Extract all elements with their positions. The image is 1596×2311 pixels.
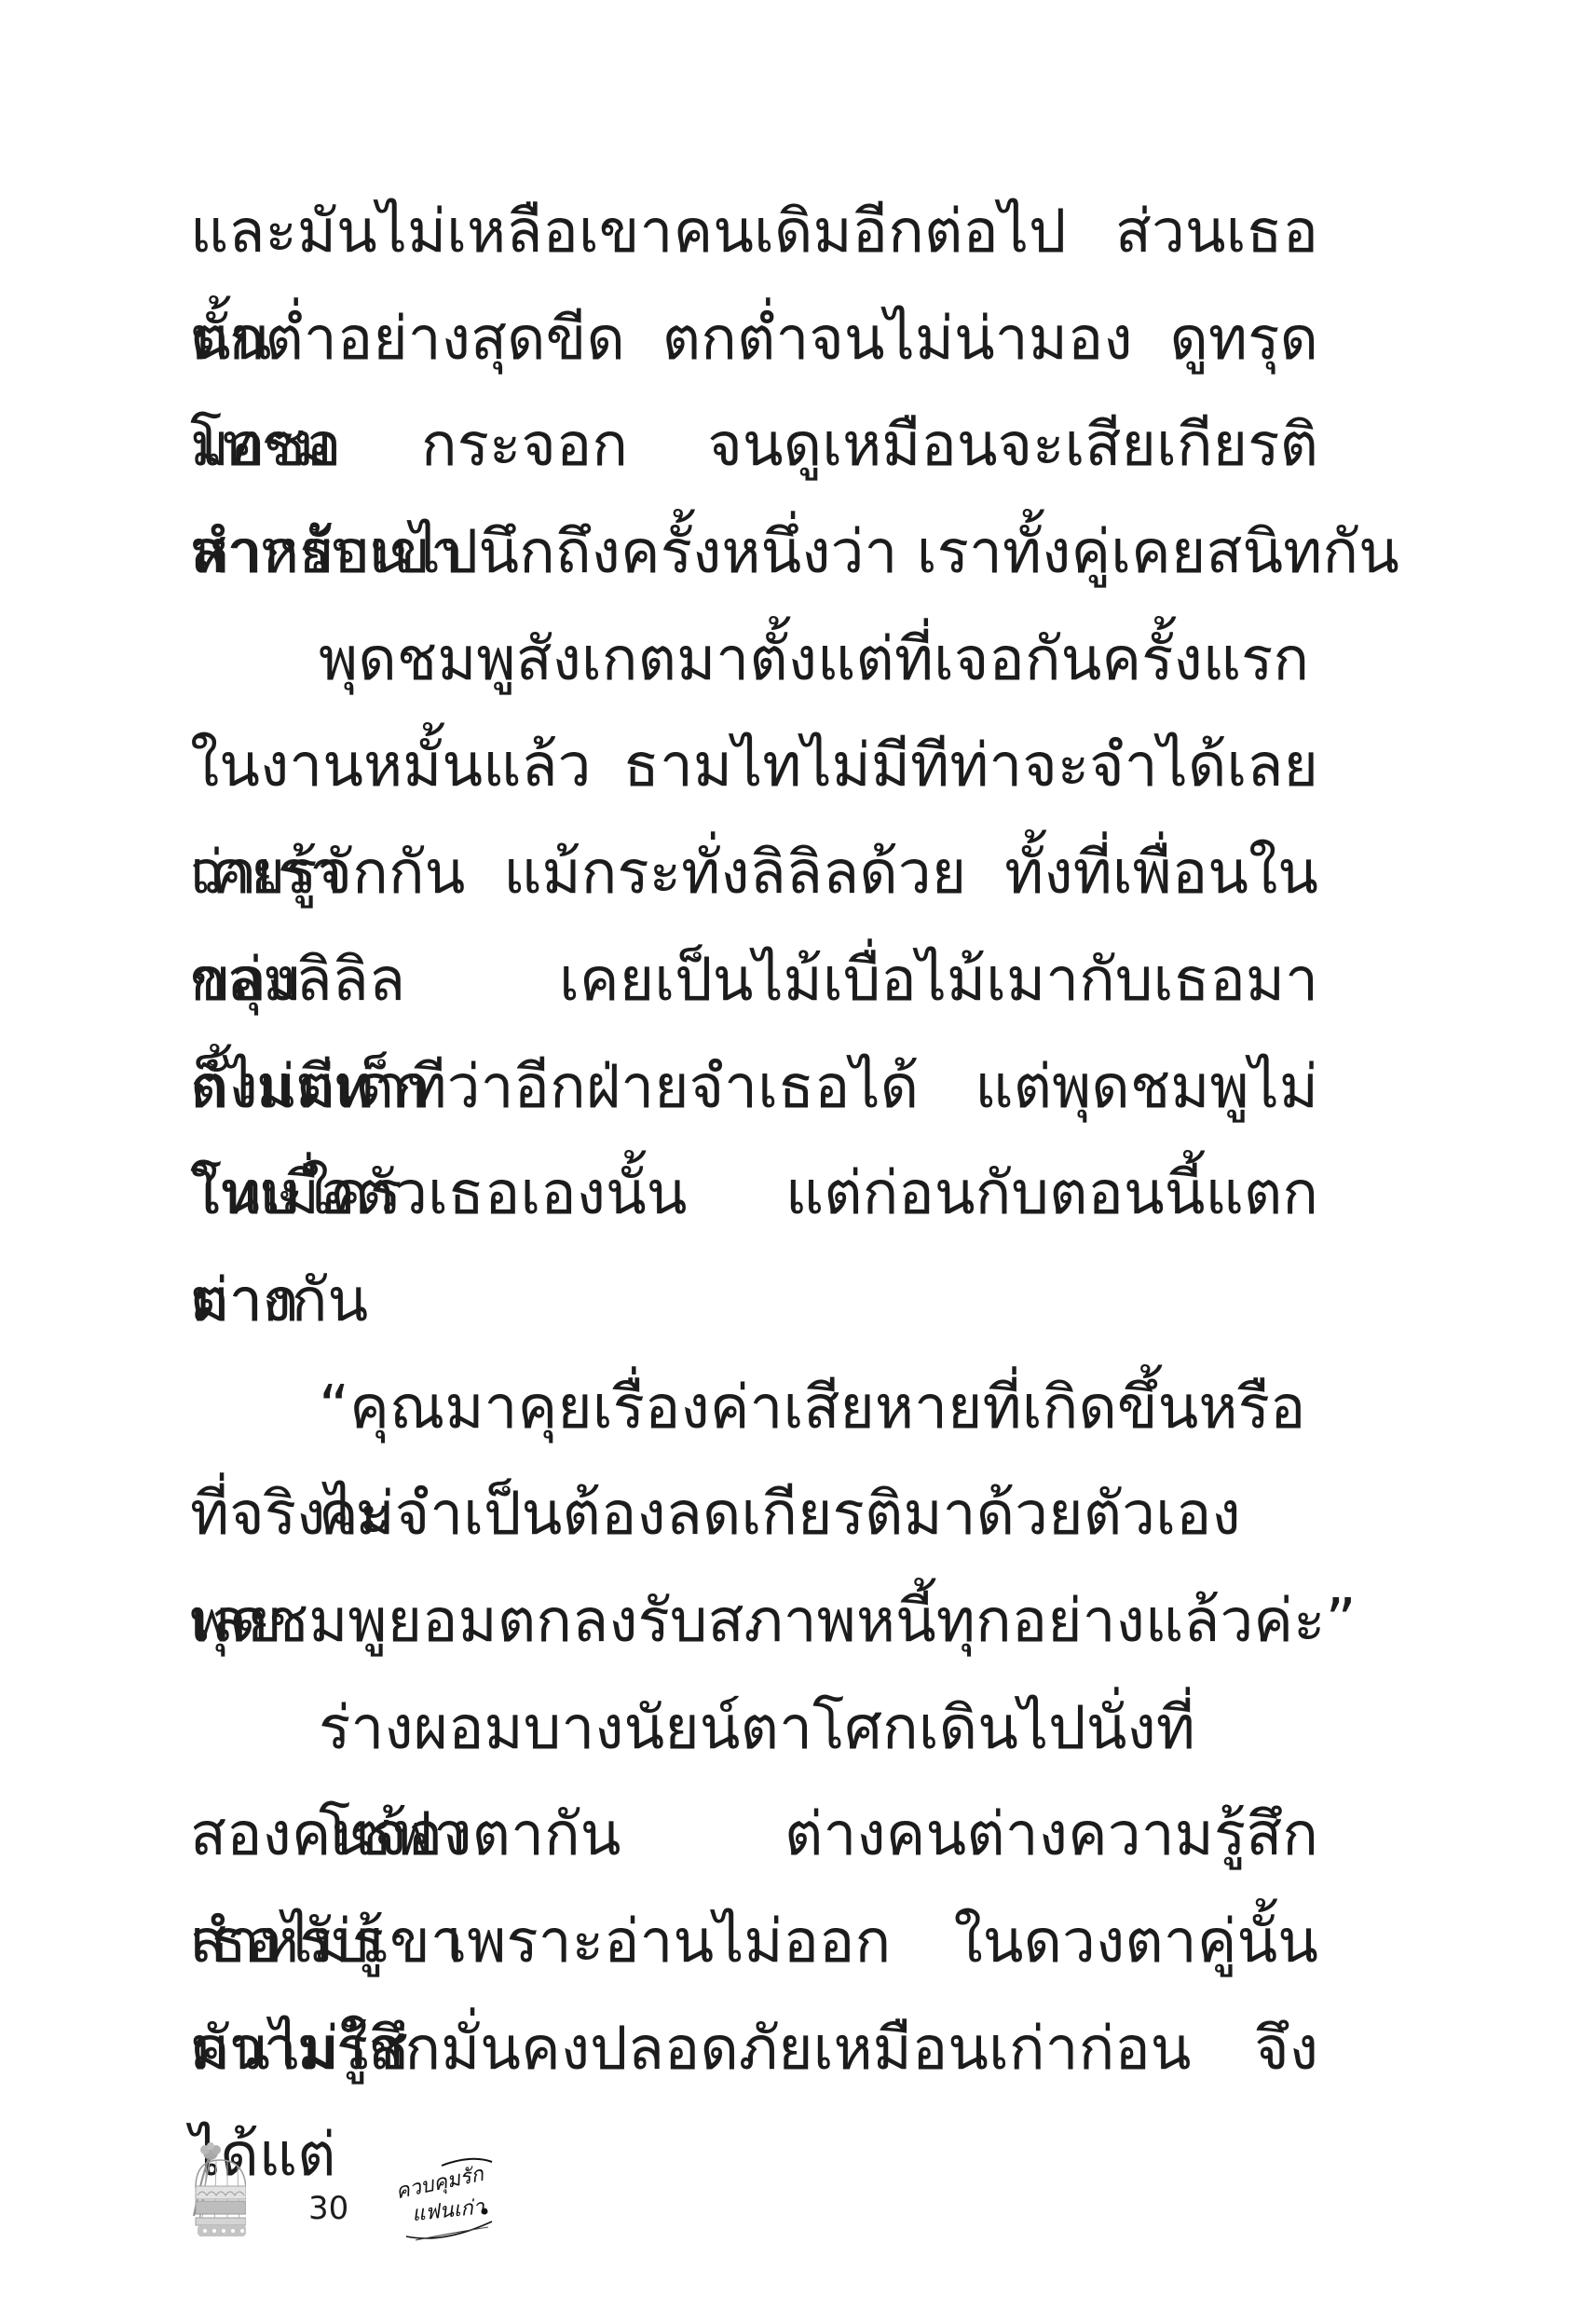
book-page: และมันไม่เหลือเขาคนเดิมอีกต่อไป ส่วนเธอน… — [0, 0, 1596, 2311]
body-text: และมันไม่เหลือเขาคนเดิมอีกต่อไป ส่วนเธอน… — [190, 179, 1318, 2102]
page-footer: 30 ควบคุมรัก แฟนเก่า — [0, 2134, 1596, 2255]
text-line: ความรู้สึกมั่นคงปลอดภัยเหมือนเก่าก่อน จึ… — [190, 1996, 1318, 2103]
text-line: ร่างผอมบางนัยน์ตาโศกเดินไปนั่งที่โซฟา — [190, 1675, 1318, 1783]
text-line: หากย้อนไปนึกถึงครั้งหนึ่งว่า เราทั้งคู่เ… — [190, 499, 1318, 607]
book-title-logo: ควบคุมรัก แฟนเก่า — [388, 2154, 499, 2248]
text-line: มอซอ กระจอก จนดูเหมือนจะเสียเกียรติสำหรั… — [190, 392, 1318, 499]
text-line: ก็ไม่มีท่าทีว่าอีกฝ่ายจำเธอได้ แต่พุดชมพ… — [190, 1034, 1318, 1142]
text-line: “คุณมาคุยเรื่องค่าเสียหายที่เกิดขึ้นหรือ… — [190, 1355, 1318, 1462]
text-line: เคยรู้จักกัน แม้กระทั่งลิลิลด้วย ทั้งที่… — [190, 820, 1318, 927]
text-line: สองคนจ้องตากัน ต่างคนต่างความรู้สึก สำหร… — [190, 1782, 1318, 1889]
text-line: ในงานหมั้นแล้ว ธามไทไม่มีทีท่าจะจำได้เลย… — [190, 713, 1318, 820]
text-line: ของลิลิล เคยเป็นไม้เบื่อไม้เมากับเธอมาตั… — [190, 927, 1318, 1034]
text-line: พุดชมพูสังเกตมาตั้งแต่ที่เจอกันครั้งแรก — [190, 607, 1318, 714]
text-line: และมันไม่เหลือเขาคนเดิมอีกต่อไป ส่วนเธอน… — [190, 179, 1318, 286]
birdcage-icon — [188, 2141, 246, 2238]
text-line: ในเมื่อตัวเธอเองนั้น แต่ก่อนกับตอนนี้แตก… — [190, 1141, 1318, 1248]
page-number: 30 — [308, 2190, 348, 2227]
text-line: ตกต่ำอย่างสุดขีด ตกต่ำจนไม่น่ามอง ดูทรุด… — [190, 286, 1318, 393]
text-line: เธอไม่รู้ เพราะอ่านไม่ออก ในดวงตาคู่นั้น… — [190, 1889, 1318, 1996]
text-line: ที่จริงไม่จำเป็นต้องลดเกียรติมาด้วยตัวเอ… — [190, 1461, 1318, 1568]
text-line: พุดชมพูยอมตกลงรับสภาพหนี้ทุกอย่างแล้วค่ะ… — [190, 1568, 1318, 1675]
